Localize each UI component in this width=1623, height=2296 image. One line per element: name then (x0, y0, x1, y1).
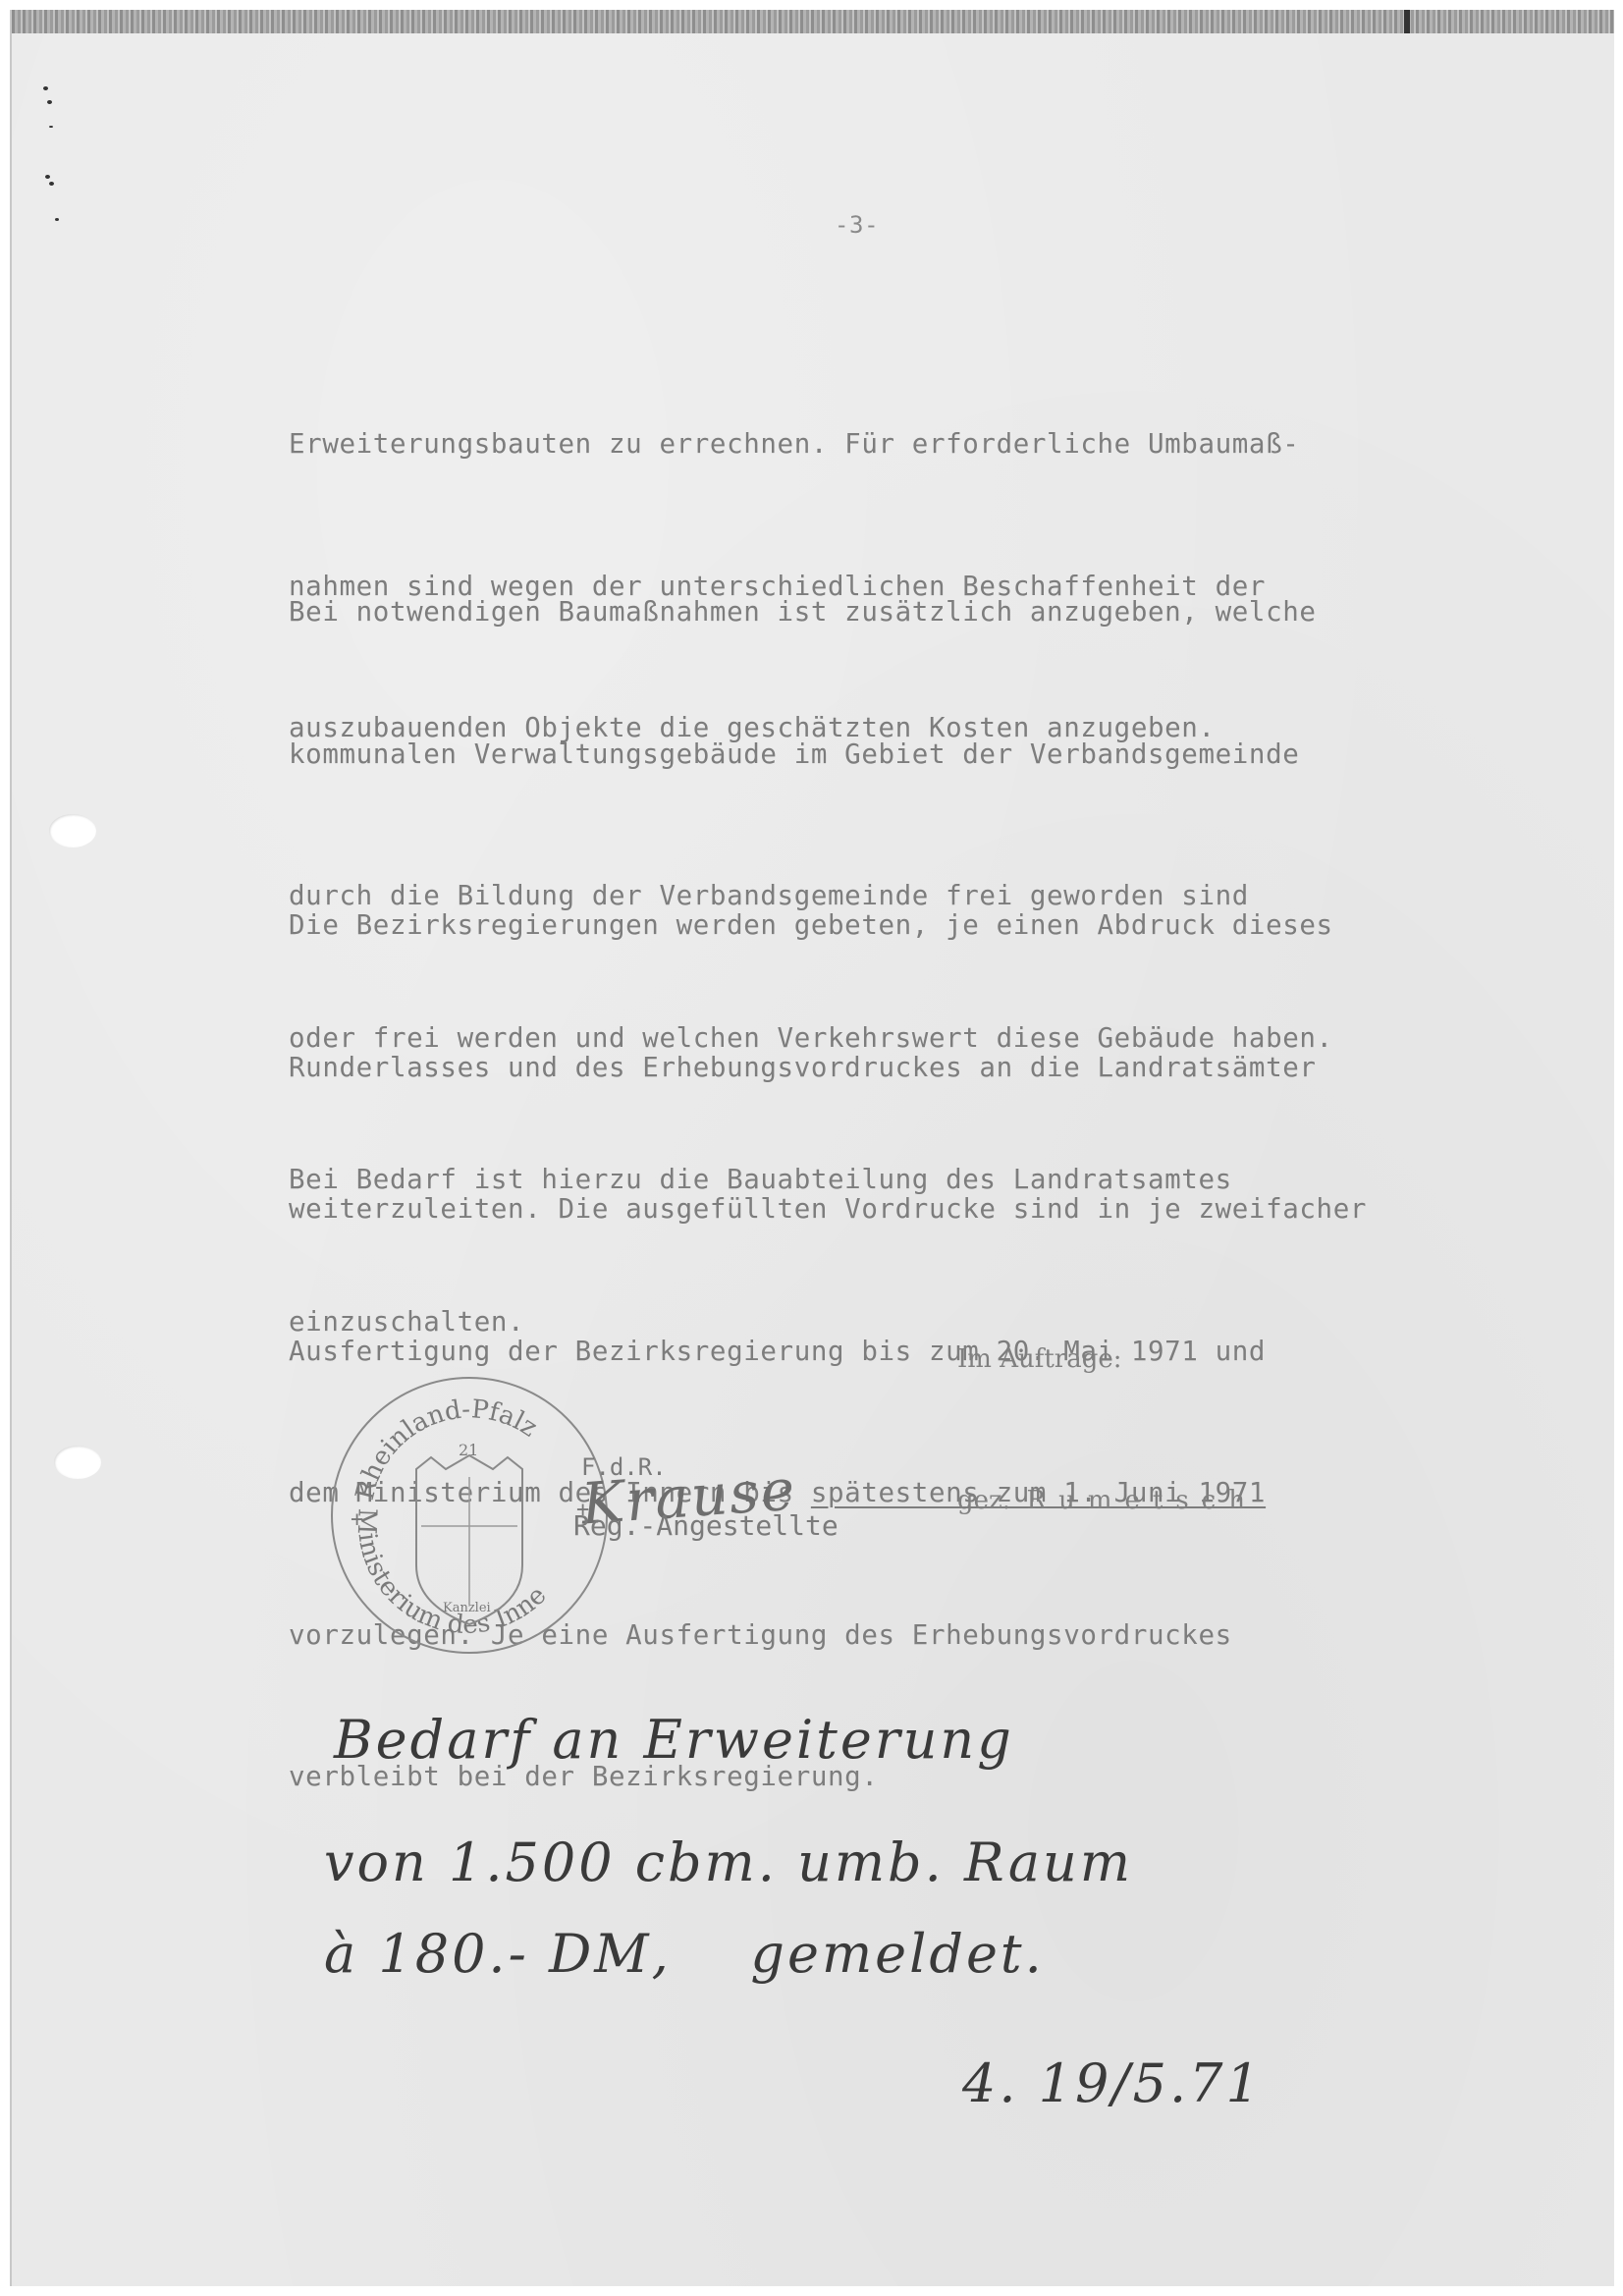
stamp-emblem-icon: Rheinland-Pfalz Ministerium des Innern +… (333, 1379, 606, 1652)
margin-speck (47, 100, 52, 104)
signed-line: gez. Rumetsch (957, 1477, 1258, 1524)
text-line: weiterzuleiten. Die ausgefüllten Vordruc… (289, 1185, 1367, 1233)
punch-hole-top (49, 814, 96, 847)
signed-prefix: gez. (957, 1486, 1010, 1515)
margin-speck (55, 218, 59, 221)
handwritten-line: à 180.- DM, gemeldet. (324, 1923, 1045, 1985)
text-line: Bei notwendigen Baumaßnahmen ist zusätzl… (289, 588, 1333, 636)
page-number: -3- (835, 201, 879, 248)
text-line: Die Bezirksregierungen werden gebeten, j… (289, 902, 1367, 950)
closing-block: Im Auftrage: gez. Rumetsch (957, 1241, 1258, 1618)
handwritten-line: von 1.500 cbm. umb. Raum (324, 1831, 1133, 1893)
svg-text:Kanzlei: Kanzlei (443, 1601, 491, 1615)
scanned-page: -3- Erweiterungsbauten zu errechnen. Für… (10, 10, 1614, 2286)
text-line: Runderlasses und des Erhebungsvordruckes… (289, 1044, 1367, 1092)
margin-speck (45, 175, 50, 179)
scan-border-strip (12, 10, 1614, 33)
margin-speck (49, 182, 54, 186)
text-line: Erweiterungsbauten zu errechnen. Für erf… (289, 420, 1299, 468)
signatory-name: Rumetsch (1027, 1486, 1258, 1515)
svg-text:Rheinland-Pfalz: Rheinland-Pfalz (351, 1394, 543, 1503)
punch-hole-bottom (54, 1446, 101, 1479)
svg-text:+: + (351, 1507, 363, 1532)
text-line: kommunalen Verwaltungsgebäude im Gebiet … (289, 731, 1333, 779)
handwritten-line: Bedarf an Erweiterung (334, 1709, 1014, 1771)
handwritten-date: 4. 19/5.71 (962, 2052, 1263, 2114)
margin-speck (43, 86, 48, 90)
official-stamp: Rheinland-Pfalz Ministerium des Innern +… (331, 1377, 608, 1654)
signatory-title: Reg.-Angestellte (573, 1509, 839, 1542)
margin-speck (49, 126, 53, 128)
closing-line: Im Auftrage: (957, 1336, 1258, 1383)
